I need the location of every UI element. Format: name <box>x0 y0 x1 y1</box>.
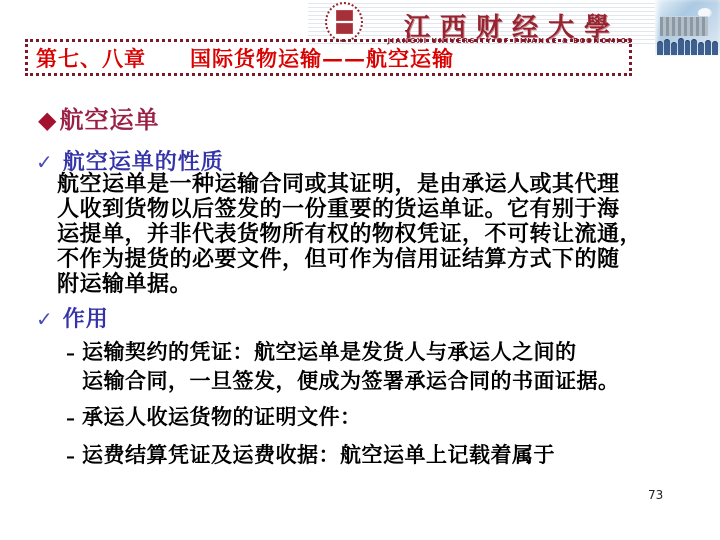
university-seal-icon <box>325 2 363 42</box>
checkmark-icon: ✓ <box>36 150 53 174</box>
list-item-text: 运费结算凭证及运费收据：航空运单上记载着属于 <box>82 440 555 471</box>
chapter-title-box: 第七、八章 国际货物运输——航空运输 <box>25 39 632 76</box>
graduates-group <box>657 38 718 55</box>
list-item-text: 承运人收运货物的证明文件： <box>82 402 362 433</box>
nature-paragraph: 航空运单是一种运输合同或其证明，是由承运人或其代理 人收到货物以后签发的一份重要… <box>57 172 682 297</box>
page-number: 73 <box>648 488 663 502</box>
person-silhouette <box>664 40 670 55</box>
dash-bullet-icon: – <box>66 440 82 471</box>
person-silhouette <box>657 42 663 55</box>
person-silhouette <box>671 43 677 55</box>
person-silhouette <box>691 40 697 55</box>
function-sub-items: – 运输契约的凭证：航空运单是发货人与承运人之间的 运输合同，一旦签发，便成为签… <box>66 337 676 478</box>
dash-bullet-icon: – <box>66 402 82 433</box>
campus-photo <box>655 0 720 56</box>
person-silhouette <box>698 43 704 55</box>
list-item: – 承运人收运货物的证明文件： <box>66 402 676 433</box>
campus-building <box>660 16 708 36</box>
person-silhouette <box>678 39 684 55</box>
section-heading-function: ✓ 作用 <box>36 302 109 333</box>
presentation-slide: 江西财经大學 JIANGXI UNIVERSITY OF FINANCE & E… <box>0 0 720 540</box>
list-item: – 运费结算凭证及运费收据：航空运单上记载着属于 <box>66 440 676 471</box>
chapter-title: 第七、八章 国际货物运输——航空运输 <box>28 43 454 73</box>
seal-glyph-bottom <box>336 23 353 34</box>
dash-bullet-icon: – <box>66 337 82 395</box>
person-silhouette <box>705 41 711 55</box>
section-heading-label: 作用 <box>63 302 109 333</box>
main-topic-bullet: ◆航空运单 <box>38 100 159 135</box>
person-silhouette <box>685 41 691 55</box>
list-item: – 运输契约的凭证：航空运单是发货人与承运人之间的 运输合同，一旦签发，便成为签… <box>66 337 676 395</box>
main-topic-label: 航空运单 <box>59 105 159 134</box>
person-silhouette <box>712 42 718 55</box>
seal-glyph-top <box>336 10 353 21</box>
checkmark-icon: ✓ <box>36 307 53 331</box>
diamond-bullet-icon: ◆ <box>38 105 57 134</box>
list-item-text: 运输契约的凭证：航空运单是发货人与承运人之间的 运输合同，一旦签发，便成为签署承… <box>82 337 620 395</box>
